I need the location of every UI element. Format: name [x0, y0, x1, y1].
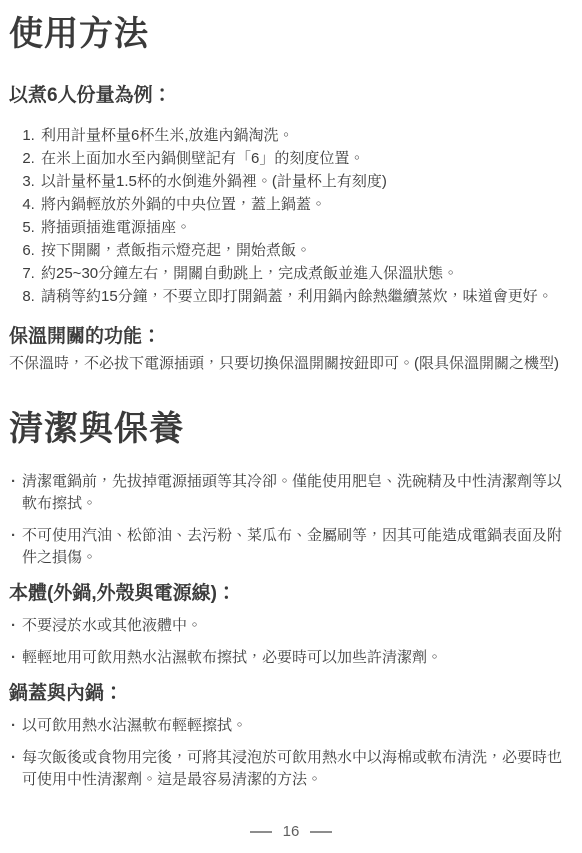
usage-step-4: 將內鍋輕放於外鍋的中央位置，蓋上鍋蓋。 [39, 193, 570, 216]
usage-step-5: 將插頭插進電源插座。 [39, 216, 570, 239]
usage-step-8: 請稍等約15分鐘，不要立即打開鍋蓋，利用鍋內餘熱繼續蒸炊，味道會更好。 [39, 285, 570, 308]
heading-example-6-servings: 以煮6人份量為例： [9, 84, 570, 108]
page-number: 16 [283, 823, 300, 840]
page-title-cleaning: 清潔與保養 [9, 409, 570, 449]
manual-page: 使用方法 以煮6人份量為例： 利用計量杯量6杯生米,放進內鍋淘洗。 在米上面加水… [0, 0, 582, 853]
heading-lid-inner-pot: 鍋蓋與內鍋： [9, 681, 570, 707]
usage-step-2: 在米上面加水至內鍋側壁記有「6」的刻度位置。 [39, 147, 570, 170]
usage-step-7: 約25~30分鐘左右，開關自動跳上，完成煮飯並進入保溫狀態。 [39, 262, 570, 285]
page-footer: 16 [0, 823, 582, 841]
usage-step-6: 按下開關，煮飯指示燈亮起，開始煮飯。 [39, 239, 570, 262]
lid-inner-pot-note-1: 以可飲用熱水沾濕軟布輕輕擦拭。 [9, 715, 570, 737]
page-title-usage: 使用方法 [9, 14, 570, 54]
usage-step-1: 利用計量杯量6杯生米,放進內鍋淘洗。 [39, 124, 570, 147]
main-body-note-2: 輕輕地用可飲用熱水沾濕軟布擦拭，必要時可以加些許清潔劑。 [9, 647, 570, 669]
main-body-notes-list: 不要浸於水或其他液體中。 輕輕地用可飲用熱水沾濕軟布擦拭，必要時可以加些許清潔劑… [9, 615, 570, 669]
usage-steps-list: 利用計量杯量6杯生米,放進內鍋淘洗。 在米上面加水至內鍋側壁記有「6」的刻度位置… [9, 124, 570, 308]
usage-step-3: 以計量杯量1.5杯的水倒進外鍋裡。(計量杯上有刻度) [39, 170, 570, 193]
lid-inner-pot-notes-list: 以可飲用熱水沾濕軟布輕輕擦拭。 每次飯後或食物用完後，可將其浸泡於可飲用熱水中以… [9, 715, 570, 791]
cleaning-notes-list: 清潔電鍋前，先拔掉電源插頭等其冷卻。僅能使用肥皂、洗碗精及中性清潔劑等以軟布擦拭… [9, 471, 570, 569]
cleaning-note-2: 不可使用汽油、松節油、去污粉、菜瓜布、金屬刷等，因其可能造成電鍋表面及附件之損傷… [9, 525, 570, 569]
heading-keep-warm-function: 保溫開關的功能： [9, 325, 570, 349]
cleaning-note-1: 清潔電鍋前，先拔掉電源插頭等其冷卻。僅能使用肥皂、洗碗精及中性清潔劑等以軟布擦拭… [9, 471, 570, 515]
main-body-note-1: 不要浸於水或其他液體中。 [9, 615, 570, 637]
lid-inner-pot-note-2: 每次飯後或食物用完後，可將其浸泡於可飲用熱水中以海棉或軟布清洗，必要時也可使用中… [9, 747, 570, 791]
footer-dash-right [310, 831, 332, 833]
keep-warm-text: 不保溫時，不必拔下電源插頭，只要切換保溫開關按鈕即可。(限具保溫開關之機型) [9, 353, 570, 375]
footer-dash-left [250, 831, 272, 833]
heading-main-body: 本體(外鍋,外殼與電源線)： [9, 581, 570, 607]
